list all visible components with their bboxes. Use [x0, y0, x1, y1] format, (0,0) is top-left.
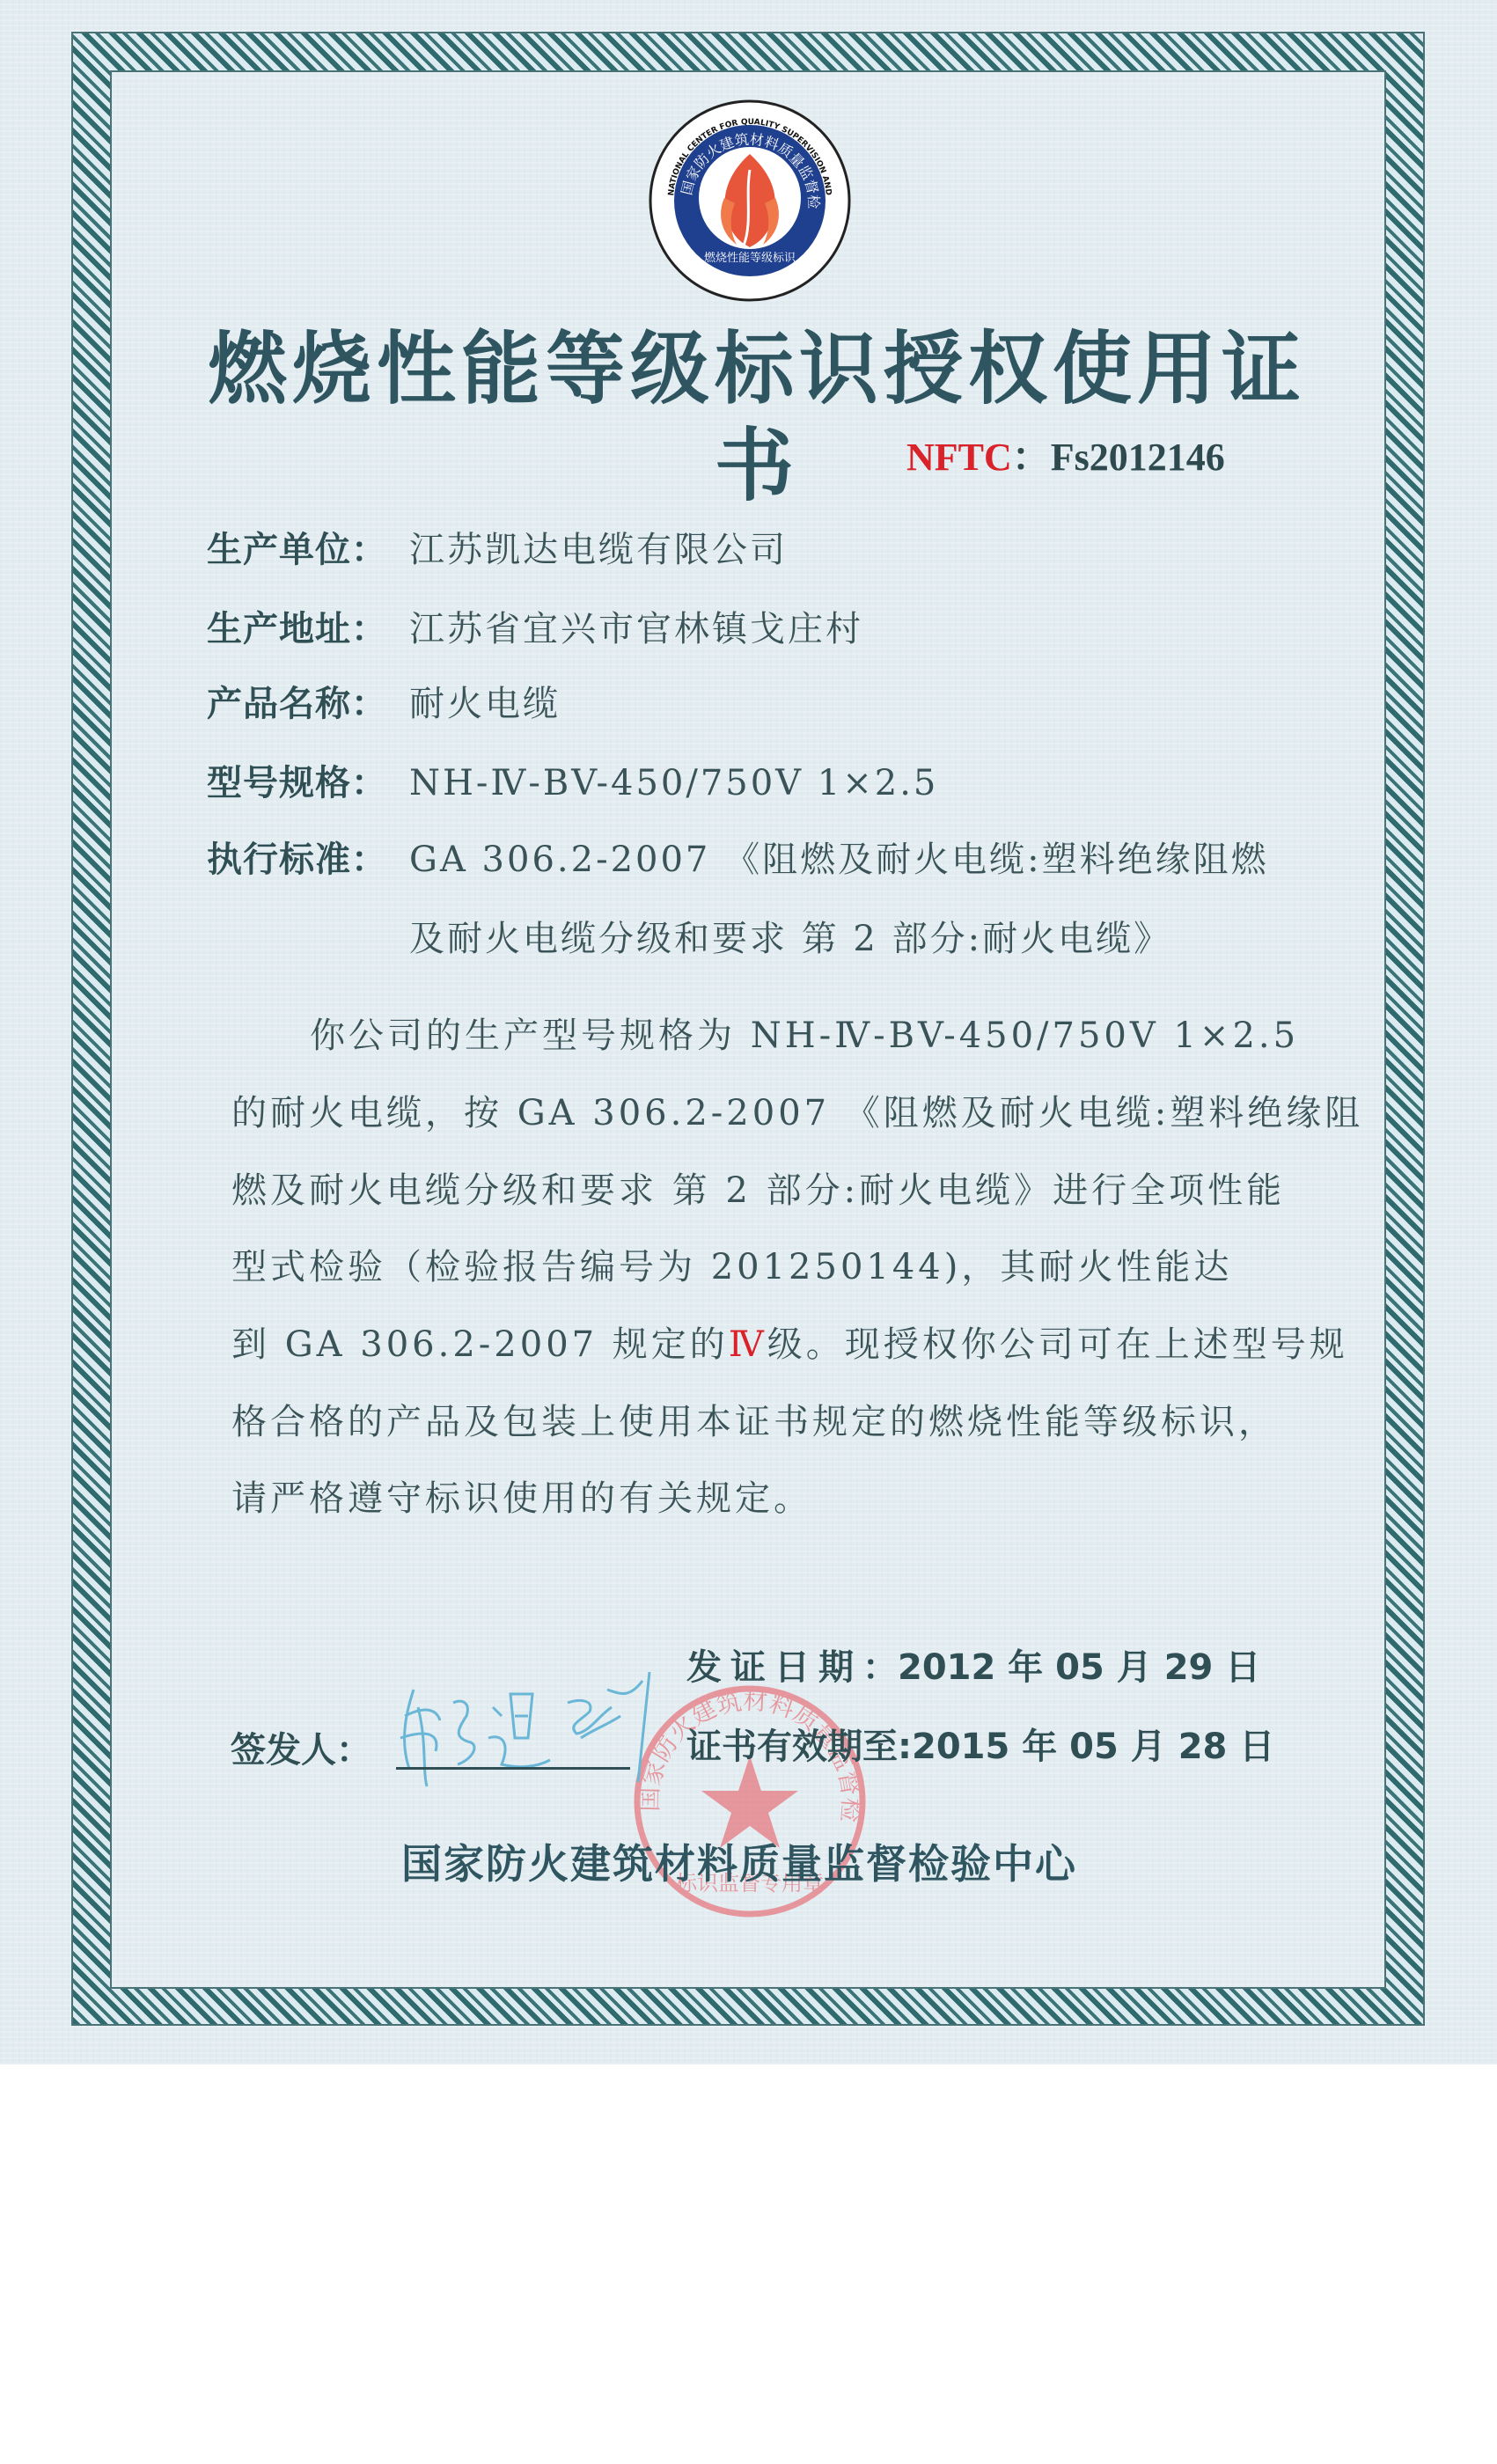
body-line-2: 的耐火电缆，按 GA 306.2-2007 《阻燃及耐火电缆:塑料绝缘阻: [231, 1089, 1363, 1137]
body-line-5: 到 GA 306.2-2007 规定的Ⅳ级。现授权你公司可在上述型号规: [231, 1321, 1348, 1368]
field-address: 生产地址：江苏省宜兴市官林镇戈庄村: [207, 605, 863, 653]
field-label: 产品名称：: [207, 680, 409, 728]
field-standard-continued: 及耐火电缆分级和要求 第 2 部分:耐火电缆》: [409, 915, 1171, 963]
field-label: 生产地址：: [207, 605, 409, 653]
certificate-number: NFTC：Fs2012146: [906, 433, 1225, 482]
field-model-spec: 型号规格：NH-Ⅳ-BV-450/750V 1×2.5: [207, 759, 938, 807]
issue-date-value: ：2012 年 05 月 29 日: [862, 1647, 1260, 1688]
cert-number-prefix: NFTC: [906, 436, 1012, 479]
body-line-6: 格合格的产品及包装上使用本证书规定的燃烧性能等级标识，: [231, 1398, 1277, 1446]
body-line-3: 燃及耐火电缆分级和要求 第 2 部分:耐火电缆》进行全项性能: [231, 1167, 1285, 1214]
certification-logo-icon: 燃烧性能等级标识 NATIONAL CENTER FOR QUALITY SUP…: [649, 99, 851, 302]
cert-number-value: Fs2012146: [1051, 436, 1225, 479]
certificate-title: 燃烧性能等级标识授权使用证书: [202, 321, 1311, 515]
signature-icon: [387, 1654, 678, 1795]
field-value: NH-Ⅳ-BV-450/750V 1×2.5: [409, 763, 938, 803]
field-value: GA 306.2-2007 《阻燃及耐火电缆:塑料绝缘阻燃: [409, 840, 1269, 880]
body-text: 到 GA 306.2-2007 规定的: [231, 1324, 729, 1365]
svg-text:燃烧性能等级标识: 燃烧性能等级标识: [704, 251, 796, 265]
issue-date-label: 发证日期: [686, 1647, 862, 1688]
expiry-date: 证书有效期至:2015 年 05 月 28 日: [686, 1723, 1274, 1771]
fire-grade: Ⅳ: [729, 1324, 767, 1365]
field-value: 耐火电缆: [409, 684, 561, 724]
issuing-organization: 国家防火建筑材料质量监督检验中心: [401, 1837, 1077, 1890]
field-value: 江苏省宜兴市官林镇戈庄村: [409, 609, 863, 649]
field-label: 生产单位：: [207, 526, 409, 574]
field-value: 江苏凯达电缆有限公司: [409, 530, 788, 570]
body-text: 级。现授权你公司可在上述型号规: [767, 1324, 1348, 1365]
field-manufacturer: 生产单位：江苏凯达电缆有限公司: [207, 526, 788, 574]
signature-underline: [396, 1767, 630, 1770]
expiry-date-label: 证书有效期至: [686, 1727, 898, 1767]
cert-number-separator: ：: [1012, 436, 1051, 479]
field-label: 执行标准：: [207, 836, 409, 884]
field-label: 型号规格：: [207, 759, 409, 807]
certificate-paper: 燃烧性能等级标识 NATIONAL CENTER FOR QUALITY SUP…: [0, 0, 1497, 2064]
signer-label: 签发人：: [231, 1727, 371, 1774]
field-product-name: 产品名称：耐火电缆: [207, 680, 561, 728]
issue-date: 发证日期：2012 年 05 月 29 日: [686, 1644, 1260, 1691]
field-standard: 执行标准：GA 306.2-2007 《阻燃及耐火电缆:塑料绝缘阻燃: [207, 836, 1269, 884]
expiry-date-value: :2015 年 05 月 28 日: [898, 1727, 1274, 1767]
body-line-7: 请严格遵守标识使用的有关规定。: [231, 1475, 812, 1522]
body-line-1: 你公司的生产型号规格为 NH-Ⅳ-BV-450/750V 1×2.5: [310, 1012, 1299, 1060]
body-line-4: 型式检验（检验报告编号为 201250144)，其耐火性能达: [231, 1243, 1232, 1291]
